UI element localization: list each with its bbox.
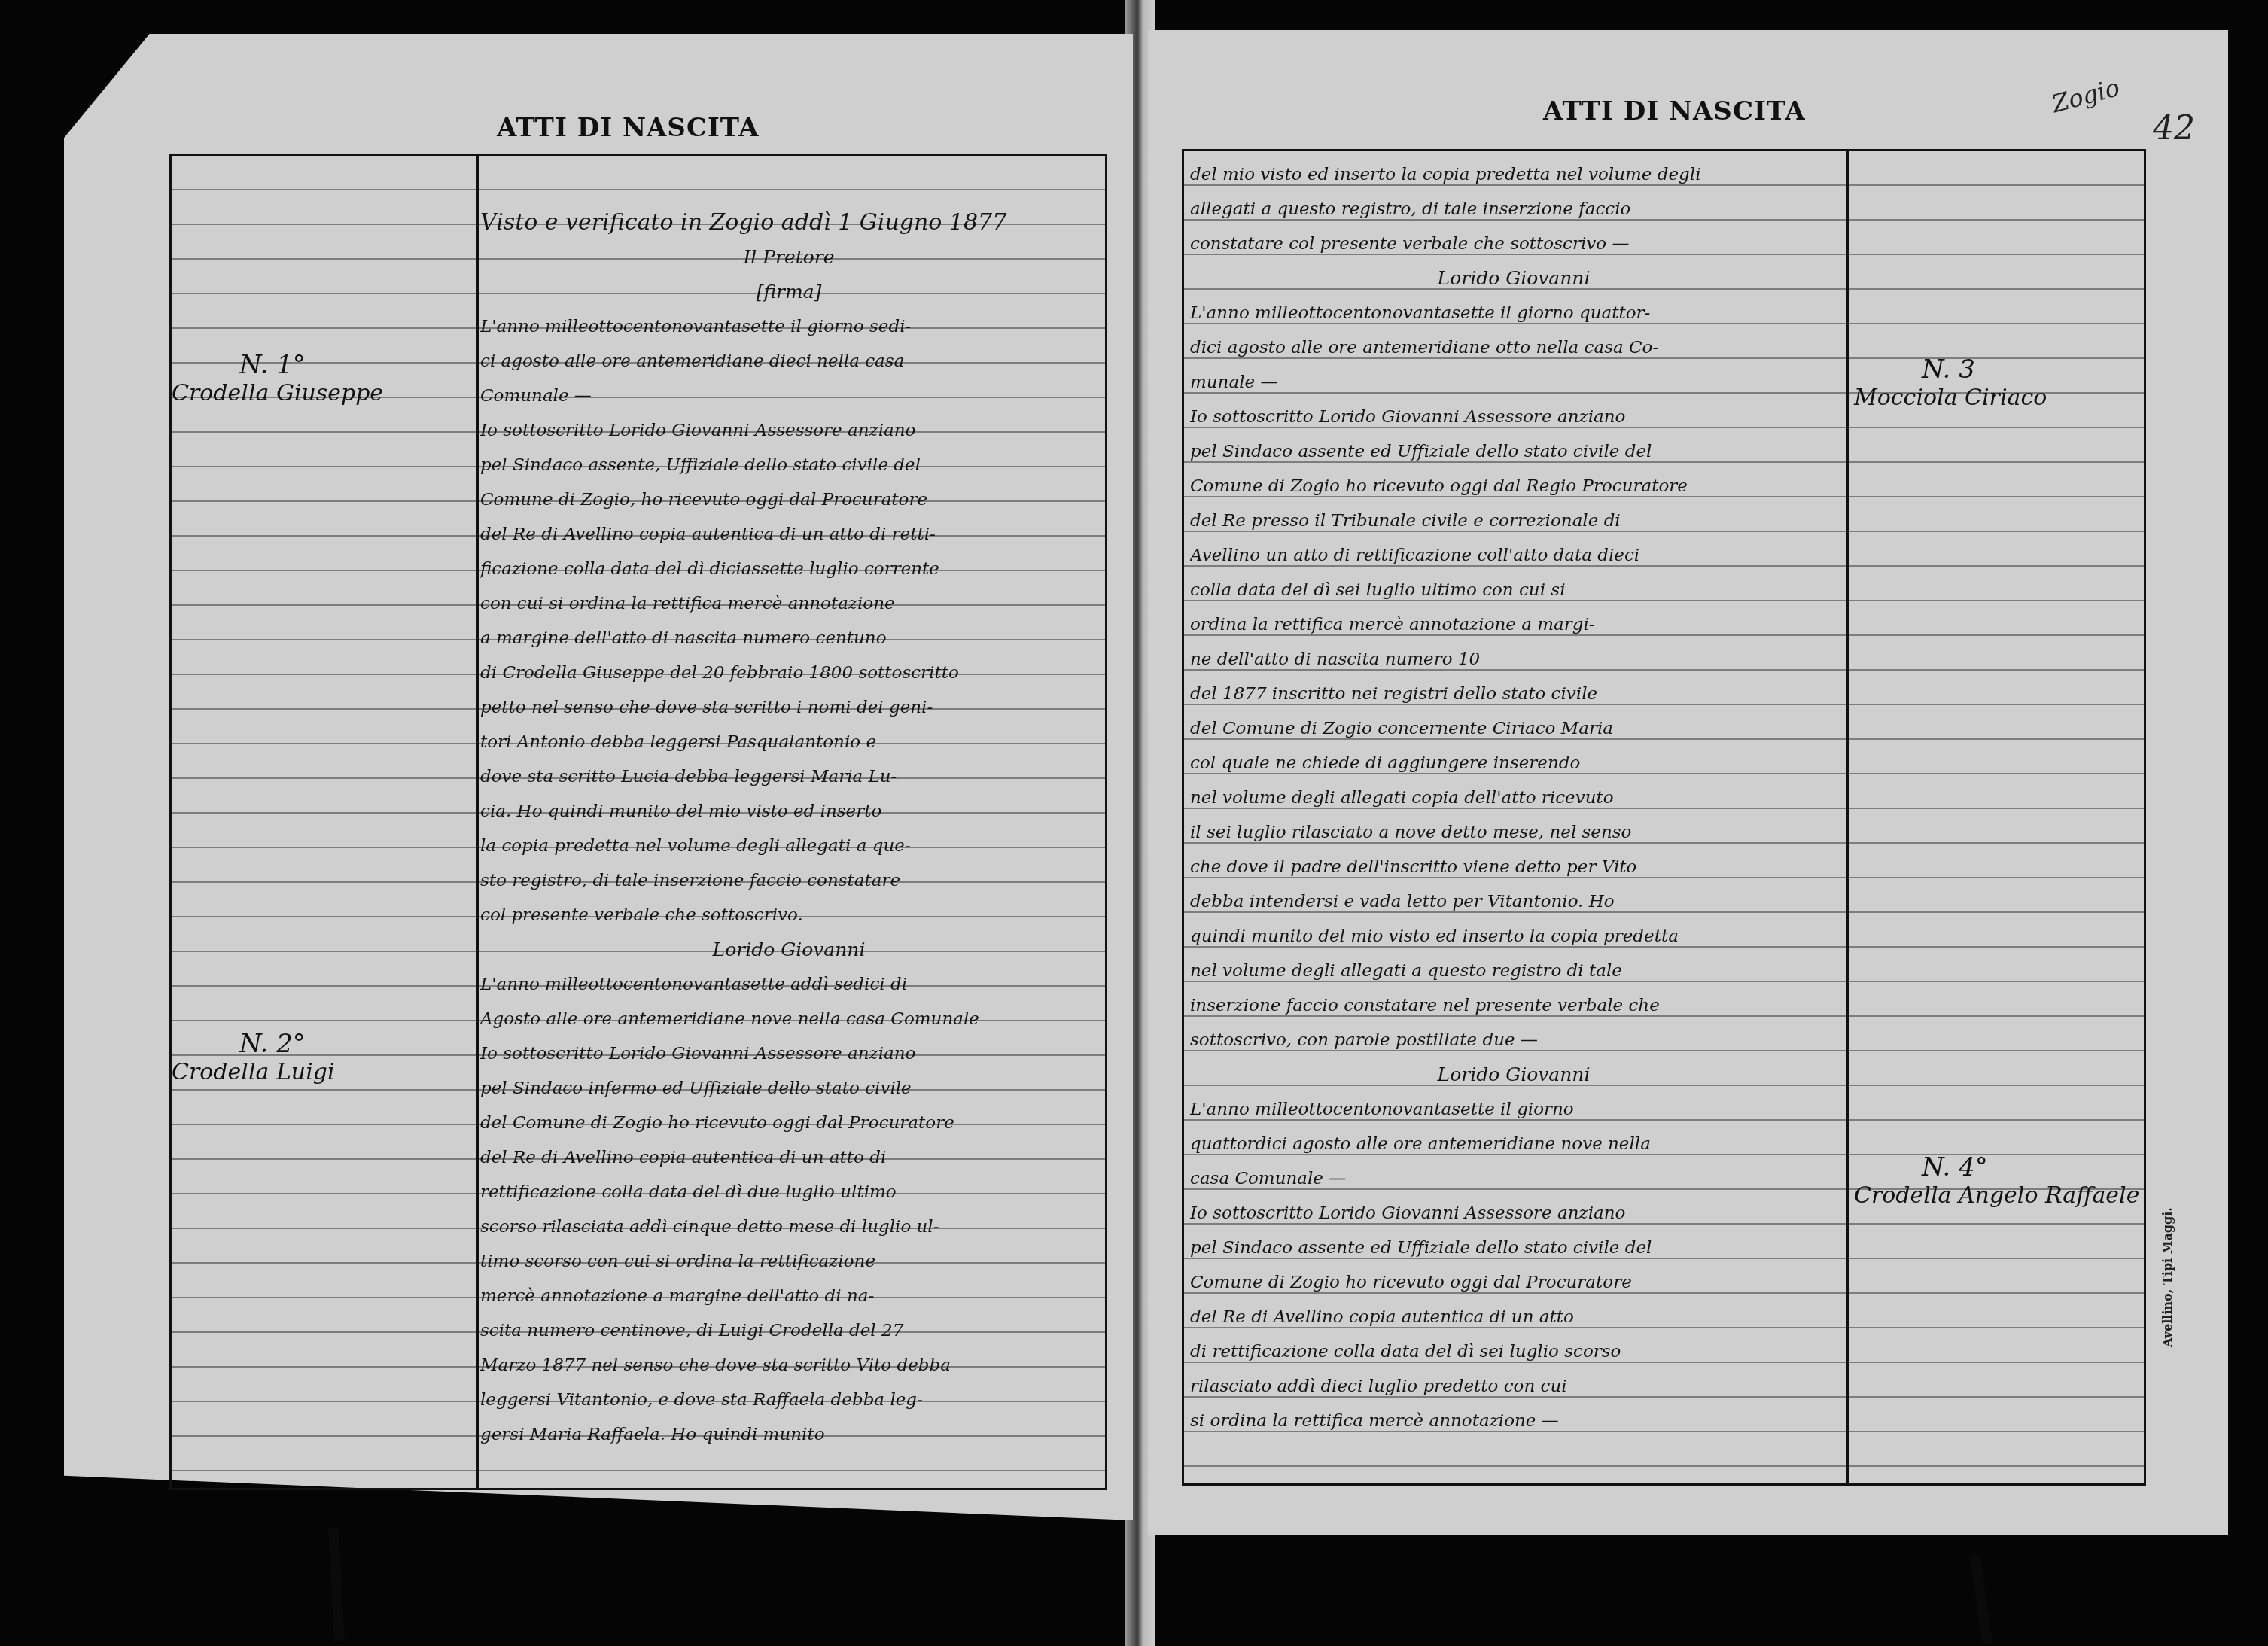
text-line: sottoscrivo, con parole postillate due —	[1190, 1023, 1837, 1057]
text-line: del Re di Avellino copia autentica di un…	[480, 1140, 1097, 1175]
text-line: munale —	[1190, 365, 1837, 400]
right-register-table: N. 3 Mocciola Ciriaco N. 4° Crodella Ang…	[1182, 149, 2146, 1486]
text-line: Comunale —	[480, 379, 1097, 413]
text-line: nel volume degli allegati a questo regis…	[1190, 954, 1837, 988]
text-line: del mio visto ed inserto la copia predet…	[1190, 157, 1837, 192]
text-line: Avellino un atto di rettificazione coll'…	[1190, 538, 1837, 573]
left-page-header: ATTI DI NASCITA	[497, 113, 760, 143]
text-line: allegati a questo registro, di tale inse…	[1190, 192, 1837, 227]
text-line: col presente verbale che sottoscrivo.	[480, 898, 1097, 933]
text-line: cia. Ho quindi munito del mio visto ed i…	[480, 794, 1097, 829]
text-line: Io sottoscritto Lorido Giovanni Assessor…	[480, 413, 1097, 448]
text-line: pel Sindaco assente, Uffiziale dello sta…	[480, 448, 1097, 482]
text-line: nel volume degli allegati copia dell'att…	[1190, 780, 1837, 815]
text-line: dove sta scritto Lucia debba leggersi Ma…	[480, 759, 1097, 794]
entry-number: N. 3	[1854, 354, 2140, 385]
text-line: si ordina la rettifica mercè annotazione…	[1190, 1404, 1837, 1438]
text-line: Marzo 1877 nel senso che dove sta scritt…	[480, 1348, 1097, 1383]
text-line: Io sottoscritto Lorido Giovanni Assessor…	[480, 1036, 1097, 1071]
text-line: debba intendersi e vada letto per Vitant…	[1190, 884, 1837, 919]
text-line: Comune di Zogio, ho ricevuto oggi dal Pr…	[480, 482, 1097, 517]
entry-number: N. 1°	[172, 350, 473, 380]
text-line: col quale ne chiede di aggiungere insere…	[1190, 746, 1837, 780]
text-line: timo scorso con cui si ordina la rettifi…	[480, 1244, 1097, 1279]
right-page-header: ATTI DI NASCITA	[1543, 96, 1806, 126]
text-line: del Re di Avellino copia autentica di un…	[480, 517, 1097, 552]
text-line: L'anno milleottocentonovantasette il gio…	[1190, 296, 1837, 330]
entry-name: Mocciola Ciriaco	[1854, 385, 2140, 411]
right-entry-text: del mio visto ed inserto la copia predet…	[1190, 157, 1837, 1438]
text-line: rettificazione colla data del dì due lug…	[480, 1175, 1097, 1209]
text-line: ne dell'atto di nascita numero 10	[1190, 642, 1837, 677]
text-line: scorso rilasciata addì cinque detto mese…	[480, 1209, 1097, 1244]
text-line: L'anno milleottocentonovantasette addì s…	[480, 967, 1097, 1002]
text-line: Agosto alle ore antemeridiane nove nella…	[480, 1002, 1097, 1036]
text-line: ficazione colla data del dì diciassette …	[480, 552, 1097, 586]
text-line: a margine dell'atto di nascita numero ce…	[480, 621, 1097, 656]
entry-name: Crodella Giuseppe	[172, 380, 473, 406]
signature-line: Il Pretore	[480, 240, 1097, 275]
entry-number: N. 4°	[1854, 1152, 2140, 1182]
left-entry-text: Visto e verificato in Zogio addì 1 Giugn…	[480, 205, 1097, 1452]
bookmark-ribbon	[1970, 1554, 1993, 1645]
text-line: del Comune di Zogio ho ricevuto oggi dal…	[480, 1106, 1097, 1140]
margin-entry-4: N. 4° Crodella Angelo Raffaele	[1854, 1152, 2140, 1209]
left-register-table: N. 1° Crodella Giuseppe N. 2° Crodella L…	[169, 154, 1107, 1490]
text-line: quattordici agosto alle ore antemeridian…	[1190, 1127, 1837, 1161]
text-line: con cui si ordina la rettifica mercè ann…	[480, 586, 1097, 621]
entry-number: N. 2°	[172, 1029, 473, 1059]
text-line: ordina la rettifica mercè annotazione a …	[1190, 607, 1837, 642]
margin-entry-1: N. 1° Crodella Giuseppe	[172, 350, 473, 406]
text-line: del Re presso il Tribunale civile e corr…	[1190, 504, 1837, 538]
text-line: Visto e verificato in Zogio addì 1 Giugn…	[480, 205, 1097, 240]
text-line: Io sottoscritto Lorido Giovanni Assessor…	[1190, 400, 1837, 434]
text-line: di rettificazione colla data del dì sei …	[1190, 1334, 1837, 1369]
text-line: ci agosto alle ore antemeridiane dieci n…	[480, 344, 1097, 379]
text-line: pel Sindaco assente ed Uffiziale dello s…	[1190, 434, 1837, 469]
text-line: rilasciato addì dieci luglio predetto co…	[1190, 1369, 1837, 1404]
text-line: inserzione faccio constatare nel present…	[1190, 988, 1837, 1023]
text-line: pel Sindaco infermo ed Uffiziale dello s…	[480, 1071, 1097, 1106]
text-line: mercè annotazione a margine dell'atto di…	[480, 1279, 1097, 1313]
text-line: che dove il padre dell'inscritto viene d…	[1190, 850, 1837, 884]
text-line: petto nel senso che dove sta scritto i n…	[480, 690, 1097, 725]
text-line: la copia predetta nel volume degli alleg…	[480, 829, 1097, 863]
entry-name: Crodella Angelo Raffaele	[1854, 1182, 2140, 1209]
margin-entry-2: N. 2° Crodella Luigi	[172, 1029, 473, 1085]
text-line: del 1877 inscritto nei registri dello st…	[1190, 677, 1837, 711]
text-line: gersi Maria Raffaela. Ho quindi munito	[480, 1417, 1097, 1452]
bookmark-ribbon	[328, 1528, 345, 1641]
signature-line: Lorido Giovanni	[1190, 261, 1837, 296]
margin-entry-3: N. 3 Mocciola Ciriaco	[1854, 354, 2140, 411]
text-line: del Re di Avellino copia autentica di un…	[1190, 1300, 1837, 1334]
signature-line: Lorido Giovanni	[480, 933, 1097, 967]
text-line: quindi munito del mio visto ed inserto l…	[1190, 919, 1837, 954]
text-line: L'anno milleottocentonovantasette il gio…	[1190, 1092, 1837, 1127]
text-line: casa Comunale —	[1190, 1161, 1837, 1196]
text-line: il sei luglio rilasciato a nove detto me…	[1190, 815, 1837, 850]
entry-name: Crodella Luigi	[172, 1059, 473, 1085]
text-line: tori Antonio debba leggersi Pasqualanton…	[480, 725, 1097, 759]
text-line: dici agosto alle ore antemeridiane otto …	[1190, 330, 1837, 365]
printer-imprint: Avellino, Tipi Maggi.	[2160, 1207, 2175, 1347]
signature-line: Lorido Giovanni	[1190, 1057, 1837, 1092]
text-line: Comune di Zogio ho ricevuto oggi dal Pro…	[1190, 1265, 1837, 1300]
text-line: Comune di Zogio ho ricevuto oggi dal Reg…	[1190, 469, 1837, 504]
text-line: scita numero centinove, di Luigi Crodell…	[480, 1313, 1097, 1348]
column-divider	[476, 156, 479, 1488]
signature-line: [firma]	[480, 275, 1097, 309]
text-line: colla data del dì sei luglio ultimo con …	[1190, 573, 1837, 607]
text-line: leggersi Vitantonio, e dove sta Raffaela…	[480, 1383, 1097, 1417]
text-line: Io sottoscritto Lorido Giovanni Assessor…	[1190, 1196, 1837, 1231]
folio-number: 42	[2153, 109, 2195, 148]
text-line: L'anno milleottocentonovantasette il gio…	[480, 309, 1097, 344]
text-line: constatare col presente verbale che sott…	[1190, 227, 1837, 261]
text-line: pel Sindaco assente ed Uffiziale dello s…	[1190, 1231, 1837, 1265]
column-divider	[1846, 151, 1849, 1483]
text-line: del Comune di Zogio concernente Ciriaco …	[1190, 711, 1837, 746]
text-line: di Crodella Giuseppe del 20 febbraio 180…	[480, 656, 1097, 690]
text-line: sto registro, di tale inserzione faccio …	[480, 863, 1097, 898]
